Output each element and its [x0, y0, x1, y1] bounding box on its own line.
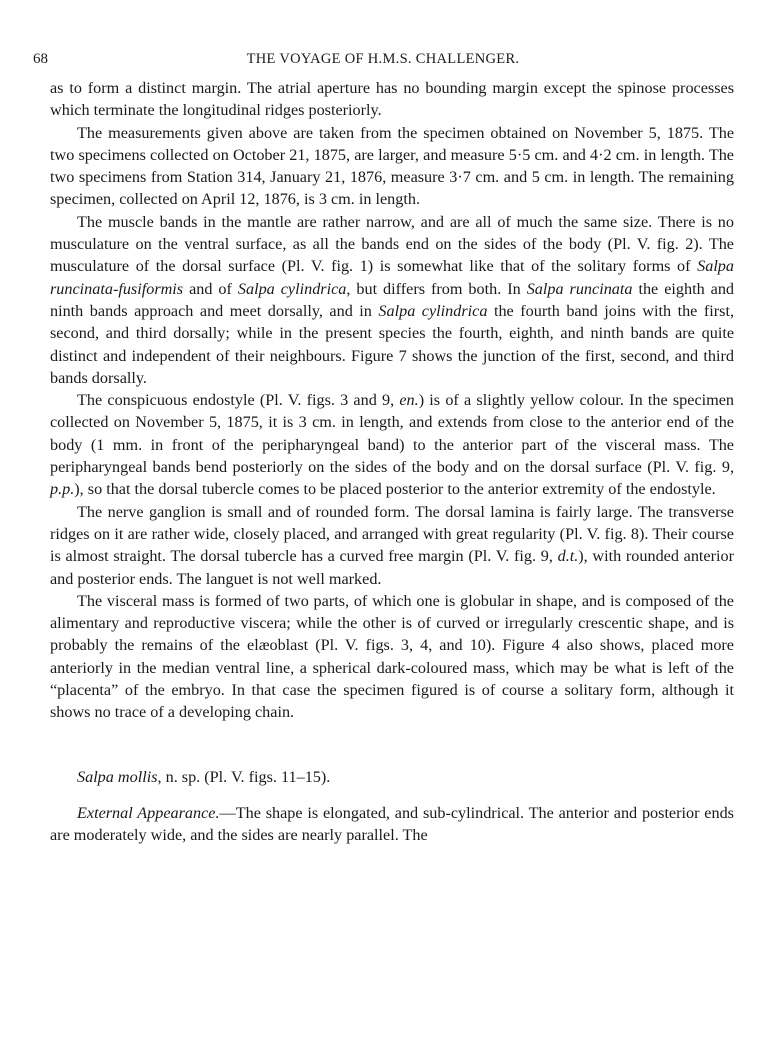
text-run: The visceral mass is formed of two parts…: [50, 592, 734, 721]
paragraph: The measurements given above are taken f…: [50, 122, 734, 211]
paragraph: as to form a distinct margin. The atrial…: [50, 77, 734, 122]
text-run: The measurements given above are taken f…: [50, 124, 734, 209]
italic-run: Salpa runcinata: [527, 280, 633, 298]
paragraph: The nerve ganglion is small and of round…: [50, 501, 734, 590]
species-name: Salpa mollis: [77, 768, 158, 786]
species-heading-rest: , n. sp. (Pl. V. figs. 11–15).: [158, 768, 331, 786]
text-run: and of: [183, 280, 238, 298]
italic-run: en.: [399, 391, 418, 409]
text-run: as to form a distinct margin. The atrial…: [50, 79, 734, 119]
italic-run: Salpa cylindrica: [378, 302, 487, 320]
running-head: 68 THE VOYAGE OF H.M.S. CHALLENGER.: [33, 48, 733, 70]
italic-run: p.p.: [50, 480, 74, 498]
paragraph: The conspicuous endostyle (Pl. V. figs. …: [50, 389, 734, 500]
text-run: ), so that the dorsal tubercle comes to …: [74, 480, 715, 498]
text-run: , but differs from both. In: [346, 280, 526, 298]
italic-run: Salpa cylindrica: [238, 280, 346, 298]
body-text: as to form a distinct margin. The atrial…: [50, 77, 734, 847]
text-run: The muscle bands in the mantle are rathe…: [50, 213, 734, 276]
running-title: THE VOYAGE OF H.M.S. CHALLENGER.: [33, 48, 733, 70]
text-run: The conspicuous endostyle (Pl. V. figs. …: [77, 391, 399, 409]
paragraph: The visceral mass is formed of two parts…: [50, 590, 734, 724]
paragraph-list: as to form a distinct margin. The atrial…: [50, 77, 734, 724]
italic-run: d.t.: [558, 547, 579, 565]
section-paragraph: External Appearance.—The shape is elonga…: [50, 802, 734, 847]
paragraph: The muscle bands in the mantle are rathe…: [50, 211, 734, 389]
species-heading: Salpa mollis, n. sp. (Pl. V. figs. 11–15…: [50, 766, 734, 788]
section-label: External Appearance.: [77, 804, 220, 822]
